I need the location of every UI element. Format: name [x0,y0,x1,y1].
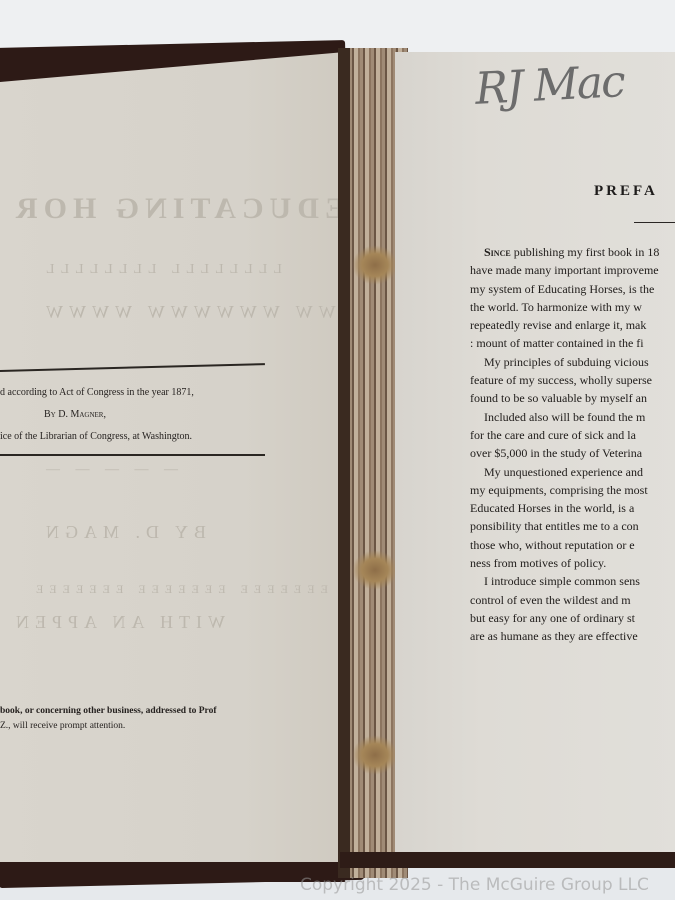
bleed-through-line: EEEEEEE EEEEEEE EEEEEEE [30,582,328,597]
bleed-through-title: EDUCATING HOR [10,192,345,226]
text-line: have made many important improveme [470,261,675,279]
right-cover-bottom-edge [340,852,675,868]
text-line: repeatedly revise and enlarge it, mak [470,316,675,334]
text-line: : mount of matter contained in the fi [470,334,675,352]
text-line: I introduce simple common sens [470,572,675,590]
bleed-through-line: WWWWWW WWWWWW WWWW [40,302,345,323]
text-line: are as humane as they are effective [470,627,675,645]
binding-thread [352,245,398,285]
text-line: my system of Educating Horses, is the [470,280,675,298]
text-line: My unquestioned experience and [470,463,675,481]
text-line: ponsibility that entitles me to a con [470,517,675,535]
copyright-notice: d according to Act of Congress in the ye… [0,382,265,448]
text-line: feature of my success, wholly superse [470,371,675,389]
text-line: My principles of subduing vicious [470,353,675,371]
copyright-line-3: ice of the Librarian of Congress, at Was… [0,426,265,448]
text-line: Since publishing my first book in 18 [470,243,675,261]
heading-rule [634,222,675,223]
copyright-watermark: Copyright 2025 - The McGuire Group LLC [300,875,649,895]
handwritten-signature: RJ Mac [474,56,625,115]
text-line: the world. To harmonize with my w [470,298,675,316]
text-line: Educated Horses in the world, is a [470,499,675,517]
text-line: Included also will be found the m [470,408,675,426]
text-line: control of even the wildest and m [470,591,675,609]
text-line: ness from motives of policy. [470,554,675,572]
text-line: those who, without reputation or e [470,536,675,554]
copyright-line-1: d according to Act of Congress in the ye… [0,382,265,404]
text-line: but easy for any one of ordinary st [470,609,675,627]
bleed-through-line: — — — — — [40,462,178,478]
spine-cover-edge [338,48,350,878]
copyright-rule-top [0,363,265,372]
bleed-through-author: BY D. MAGN [40,522,206,543]
binding-thread [352,735,398,775]
correspondence-line-1: book, or concerning other business, addr… [0,704,270,719]
bleed-through-line: LLLLLLLL LLLLLLLL [40,262,282,278]
text-line: my equipments, comprising the most [470,481,675,499]
correspondence-note: book, or concerning other business, addr… [0,704,270,734]
correspondence-line-2: Z., will receive prompt attention. [0,719,270,734]
preface-heading: PREFA [594,183,658,200]
text-line: for the care and cure of sick and la [470,426,675,444]
copyright-line-2: By D. Magner, [0,404,265,426]
left-page-copyright: EDUCATING HOR LLLLLLLL LLLLLLLL WWWWWW W… [0,52,345,862]
text-line: found to be so valuable by myself an [470,389,675,407]
text-line: over $5,000 in the study of Veterina [470,444,675,462]
preface-body: Since publishing my first book in 18 hav… [470,243,675,646]
copyright-rule-bottom [0,454,265,456]
bleed-through-appendix: WITH AN APPEN [10,612,225,633]
binding-thread [352,550,398,590]
